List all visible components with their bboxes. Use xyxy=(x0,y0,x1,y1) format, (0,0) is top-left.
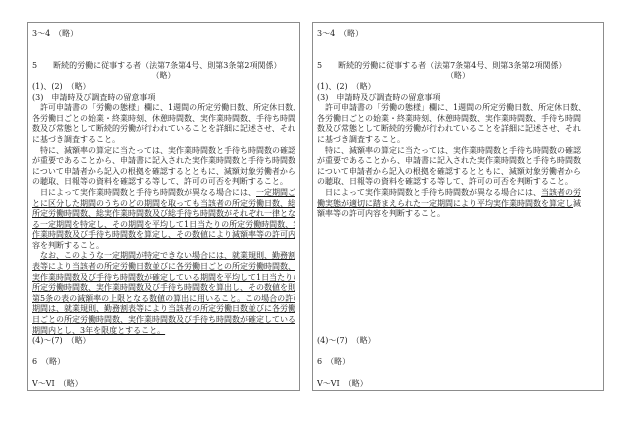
underlined-text-segment: 働実態が適切に踏まえられた一定期間により平均実作業時間数を算定し xyxy=(317,199,573,208)
text-line: 容を判断すること。 xyxy=(32,241,295,252)
text-line: 特に、減額率の算定に当たっては、実作業時間数と手待ち時間数の確認 xyxy=(32,146,295,157)
text-line: 数及び常態として断続的労働が行われていることを詳細に記述させ、それ xyxy=(317,124,599,135)
text-line: が重要であることから、申請書に記入された実作業時間数と手待ち時間数 xyxy=(317,156,599,167)
text-line: が重要であることから、申請書に記入された実作業時間数と手待ち時間数 xyxy=(32,156,295,167)
text-line xyxy=(32,368,295,379)
text-line: 額率等の許可内容を判断すること。 xyxy=(317,209,599,220)
text-segment: 5 断続的労働に従事する者（法第7条第4号、則第3条第2項関係） xyxy=(32,61,281,70)
text-segment: の聴取、日報等の資料を確認する等して、許可の可否を判断すること。 xyxy=(317,177,573,186)
text-line: 日によって実作業時間数と手待ち時間数が異なる場合には、一定期間ご xyxy=(32,188,295,199)
text-line xyxy=(317,262,599,273)
text-segment: 許可申請書の「労働の態様」欄に、1週間の所定労働日数、所定休日数、 xyxy=(32,103,295,112)
text-line: 日によって実作業時間数と手待ち時間数が異なる場合には、当該者の労 xyxy=(317,188,599,199)
text-line: 3～4 （略） xyxy=(32,29,295,40)
text-line: 各労働日ごとの始業・終業時刻、休憩時間数、実作業時間数、手待ち時間 xyxy=(32,114,295,125)
text-segment: （略） xyxy=(152,71,176,80)
text-line xyxy=(317,294,599,305)
text-line: 許可申請書の「労働の態様」欄に、1週間の所定労働日数、所定休日数、 xyxy=(32,103,295,114)
underlined-text-segment: る一定期間を特定し、その期間を平均して1日当たりの所定労働時間数、実 xyxy=(32,220,295,229)
text-line xyxy=(317,241,599,252)
underlined-text-segment: 作業時間数及び手待ち時間数を算定し、その数値により減額率等の許可内 xyxy=(32,230,295,239)
text-segment: 3～4 （略） xyxy=(32,29,78,38)
document-page: 3～4 （略）5 断続的労働に従事する者（法第7条第4号、則第3条第2項関係）（… xyxy=(0,0,630,441)
text-segment: 数及び常態として断続的労働が行われていることを詳細に記述させ、それ xyxy=(317,124,581,133)
text-segment: V～VI （略） xyxy=(317,379,368,388)
underlined-text-segment: 期間は、就業規則、勤務割表等により当該者の所定労働日数並びに各労働 xyxy=(32,304,295,313)
underlined-text-segment: 第5条の表の減額率の上限となる数値の算出に用いること。この場合の許可 xyxy=(32,294,295,303)
text-segment: について申請者から記入の根拠を確認するとともに、減額対象労働者から xyxy=(32,167,295,176)
text-line: 作業時間数及び手待ち時間数を算定し、その数値により減額率等の許可内 xyxy=(32,230,295,241)
underlined-text-segment: 一定期間ご xyxy=(256,188,295,197)
text-line: 実作業時間数及び手待ち時間数が確定している期間を平均して1日当たりの xyxy=(32,273,295,284)
text-line: る一定期間を特定し、その期間を平均して1日当たりの所定労働時間数、実 xyxy=(32,220,295,231)
text-line: 日ごとの所定労働時間数、実作業時間数及び手待ち時間数が確定している xyxy=(32,315,295,326)
text-segment: 各労働日ごとの始業・終業時刻、休憩時間数、実作業時間数、手待ち時間 xyxy=(32,114,295,123)
text-segment: (4)～(7) （略） xyxy=(32,336,91,345)
text-line: 5 断続的労働に従事する者（法第7条第4号、則第3条第2項関係） xyxy=(317,61,599,72)
text-segment: (3) 申請時及び調査時の留意事項 xyxy=(317,93,440,102)
text-line: 所定労働時間数、総実作業時間数及び総手待ち時間数がそれぞれ一律とな xyxy=(32,209,295,220)
text-segment: 日によって実作業時間数と手待ち時間数が異なる場合には、 xyxy=(317,188,541,197)
text-line: 期間内とし、3年を限度とすること。 xyxy=(32,326,295,337)
text-line xyxy=(32,50,295,61)
underlined-text-segment: とに区分した期間のうちのどの期間を取っても当該者の所定労働日数、総 xyxy=(32,199,295,208)
text-line: の聴取、日報等の資料を確認する等して、許可の可否を判断すること。 xyxy=(317,177,599,188)
text-line: について申請者から記入の根拠を確認するとともに、減額対象労働者から xyxy=(317,167,599,178)
text-line xyxy=(317,273,599,284)
text-line xyxy=(32,347,295,358)
text-line: に基づき調査すること。 xyxy=(32,135,295,146)
text-line: 所定労働時間数、実作業時間数及び手待ち時間数を算出し、その数値を則 xyxy=(32,283,295,294)
right-column-box: 3～4 （略）5 断続的労働に従事する者（法第7条第4号、則第3条第2項関係）（… xyxy=(312,22,604,391)
text-segment: V～VI （略） xyxy=(32,379,83,388)
text-line xyxy=(32,40,295,51)
text-line: 許可申請書の「労働の態様」欄に、1週間の所定労働日数、所定休日数、 xyxy=(317,103,599,114)
text-line: とに区分した期間のうちのどの期間を取っても当該者の所定労働日数、総 xyxy=(32,199,295,210)
text-line: 数及び常態として断続的労働が行われていることを詳細に記述させ、それ xyxy=(32,124,295,135)
text-line xyxy=(317,283,599,294)
text-segment: について申請者から記入の根拠を確認するとともに、減額対象労働者から xyxy=(317,167,581,176)
text-line: (3) 申請時及び調査時の留意事項 xyxy=(317,93,599,104)
text-line: (3) 申請時及び調査時の留意事項 xyxy=(32,93,295,104)
text-line: (4)～(7) （略） xyxy=(32,336,295,347)
text-line xyxy=(317,230,599,241)
text-segment: が重要であることから、申請書に記入された実作業時間数と手待ち時間数 xyxy=(317,156,581,165)
text-line xyxy=(317,50,599,61)
text-segment: 容を判断すること。 xyxy=(32,241,104,250)
underlined-text-segment: 所定労働時間数、総実作業時間数及び総手待ち時間数がそれぞれ一律とな xyxy=(32,209,295,218)
underlined-text-segment: 所定労働時間数、実作業時間数及び手待ち時間数を算出し、その数値を則 xyxy=(32,283,295,292)
text-segment: が重要であることから、申請書に記入された実作業時間数と手待ち時間数 xyxy=(32,156,295,165)
text-segment: の聴取、日報等の資料を確認する等して、許可の可否を判断すること。 xyxy=(32,177,288,186)
text-line xyxy=(317,251,599,262)
text-line: 6 （略） xyxy=(32,357,295,368)
text-segment: 数及び常態として断続的労働が行われていることを詳細に記述させ、それ xyxy=(32,124,295,133)
text-segment: に基づき調査すること。 xyxy=(317,135,405,144)
text-line: の聴取、日報等の資料を確認する等して、許可の可否を判断すること。 xyxy=(32,177,295,188)
underlined-text-segment: 当該者の労 xyxy=(541,188,581,197)
text-line xyxy=(317,326,599,337)
text-segment: 5 断続的労働に従事する者（法第7条第4号、則第3条第2項関係） xyxy=(317,61,566,70)
text-line: (1)、(2) （略） xyxy=(317,82,599,93)
text-segment: 許可申請書の「労働の態様」欄に、1週間の所定労働日数、所定休日数、 xyxy=(317,103,586,112)
underlined-text-segment: 日ごとの所定労働時間数、実作業時間数及び手待ち時間数が確定している xyxy=(32,315,295,324)
text-segment: (1)、(2) （略） xyxy=(317,82,376,91)
text-segment: 日によって実作業時間数と手待ち時間数が異なる場合には、 xyxy=(32,188,256,197)
text-line xyxy=(317,368,599,379)
text-segment: (4)～(7) （略） xyxy=(317,336,376,345)
text-line: 働実態が適切に踏まえられた一定期間により平均実作業時間数を算定し減 xyxy=(317,199,599,210)
text-line: (4)～(7) （略） xyxy=(317,336,599,347)
text-segment: 額率等の許可内容を判断すること。 xyxy=(317,209,445,218)
text-line xyxy=(317,315,599,326)
text-line xyxy=(317,40,599,51)
text-line: 期間は、就業規則、勤務割表等により当該者の所定労働日数並びに各労働 xyxy=(32,304,295,315)
text-line: 第5条の表の減額率の上限となる数値の算出に用いること。この場合の許可 xyxy=(32,294,295,305)
text-segment: 減 xyxy=(573,199,581,208)
text-line: について申請者から記入の根拠を確認するとともに、減額対象労働者から xyxy=(32,167,295,178)
text-segment: 特に、減額率の算定に当たっては、実作業時間数と手待ち時間数の確認 xyxy=(32,146,295,155)
text-line: なお、このような一定期間が特定できない場合には、就業規則、勤務割 xyxy=(32,251,295,262)
text-line: V～VI （略） xyxy=(317,379,599,390)
left-column-box: 3～4 （略）5 断続的労働に従事する者（法第7条第4号、則第3条第2項関係）（… xyxy=(27,22,300,391)
text-line xyxy=(317,304,599,315)
text-line: （略） xyxy=(32,71,295,82)
text-segment: 各労働日ごとの始業・終業時刻、休憩時間数、実作業時間数、手待ち時間 xyxy=(317,114,581,123)
text-line: 5 断続的労働に従事する者（法第7条第4号、則第3条第2項関係） xyxy=(32,61,295,72)
text-line: に基づき調査すること。 xyxy=(317,135,599,146)
text-segment: 3～4 （略） xyxy=(317,29,363,38)
text-line: 3～4 （略） xyxy=(317,29,599,40)
underlined-text-segment: 表等により当該者の所定労働日数並びに各労働日ごとの所定労働時間数、 xyxy=(32,262,295,271)
text-line xyxy=(317,220,599,231)
underlined-text-segment: 期間内とし、3年を限度とすること。 xyxy=(32,326,165,335)
text-line: (1)、(2) （略） xyxy=(32,82,295,93)
text-segment: 6 （略） xyxy=(317,357,350,366)
text-line: 表等により当該者の所定労働日数並びに各労働日ごとの所定労働時間数、 xyxy=(32,262,295,273)
text-line: V～VI （略） xyxy=(32,379,295,390)
text-line: 6 （略） xyxy=(317,357,599,368)
text-segment: (3) 申請時及び調査時の留意事項 xyxy=(32,93,155,102)
underlined-text-segment: 実作業時間数及び手待ち時間数が確定している期間を平均して1日当たりの xyxy=(32,273,295,282)
text-segment: 6 （略） xyxy=(32,357,65,366)
text-segment xyxy=(32,251,40,260)
text-line: （略） xyxy=(317,71,599,82)
text-segment: (1)、(2) （略） xyxy=(32,82,91,91)
text-line xyxy=(317,347,599,358)
text-line: 特に、減額率の算定に当たっては、実作業時間数と手待ち時間数の確認 xyxy=(317,146,599,157)
text-segment: （略） xyxy=(446,71,470,80)
underlined-text-segment: なお、このような一定期間が特定できない場合には、就業規則、勤務割 xyxy=(40,251,295,260)
text-segment: 特に、減額率の算定に当たっては、実作業時間数と手待ち時間数の確認 xyxy=(317,146,581,155)
text-segment: に基づき調査すること。 xyxy=(32,135,120,144)
text-line: 各労働日ごとの始業・終業時刻、休憩時間数、実作業時間数、手待ち時間 xyxy=(317,114,599,125)
